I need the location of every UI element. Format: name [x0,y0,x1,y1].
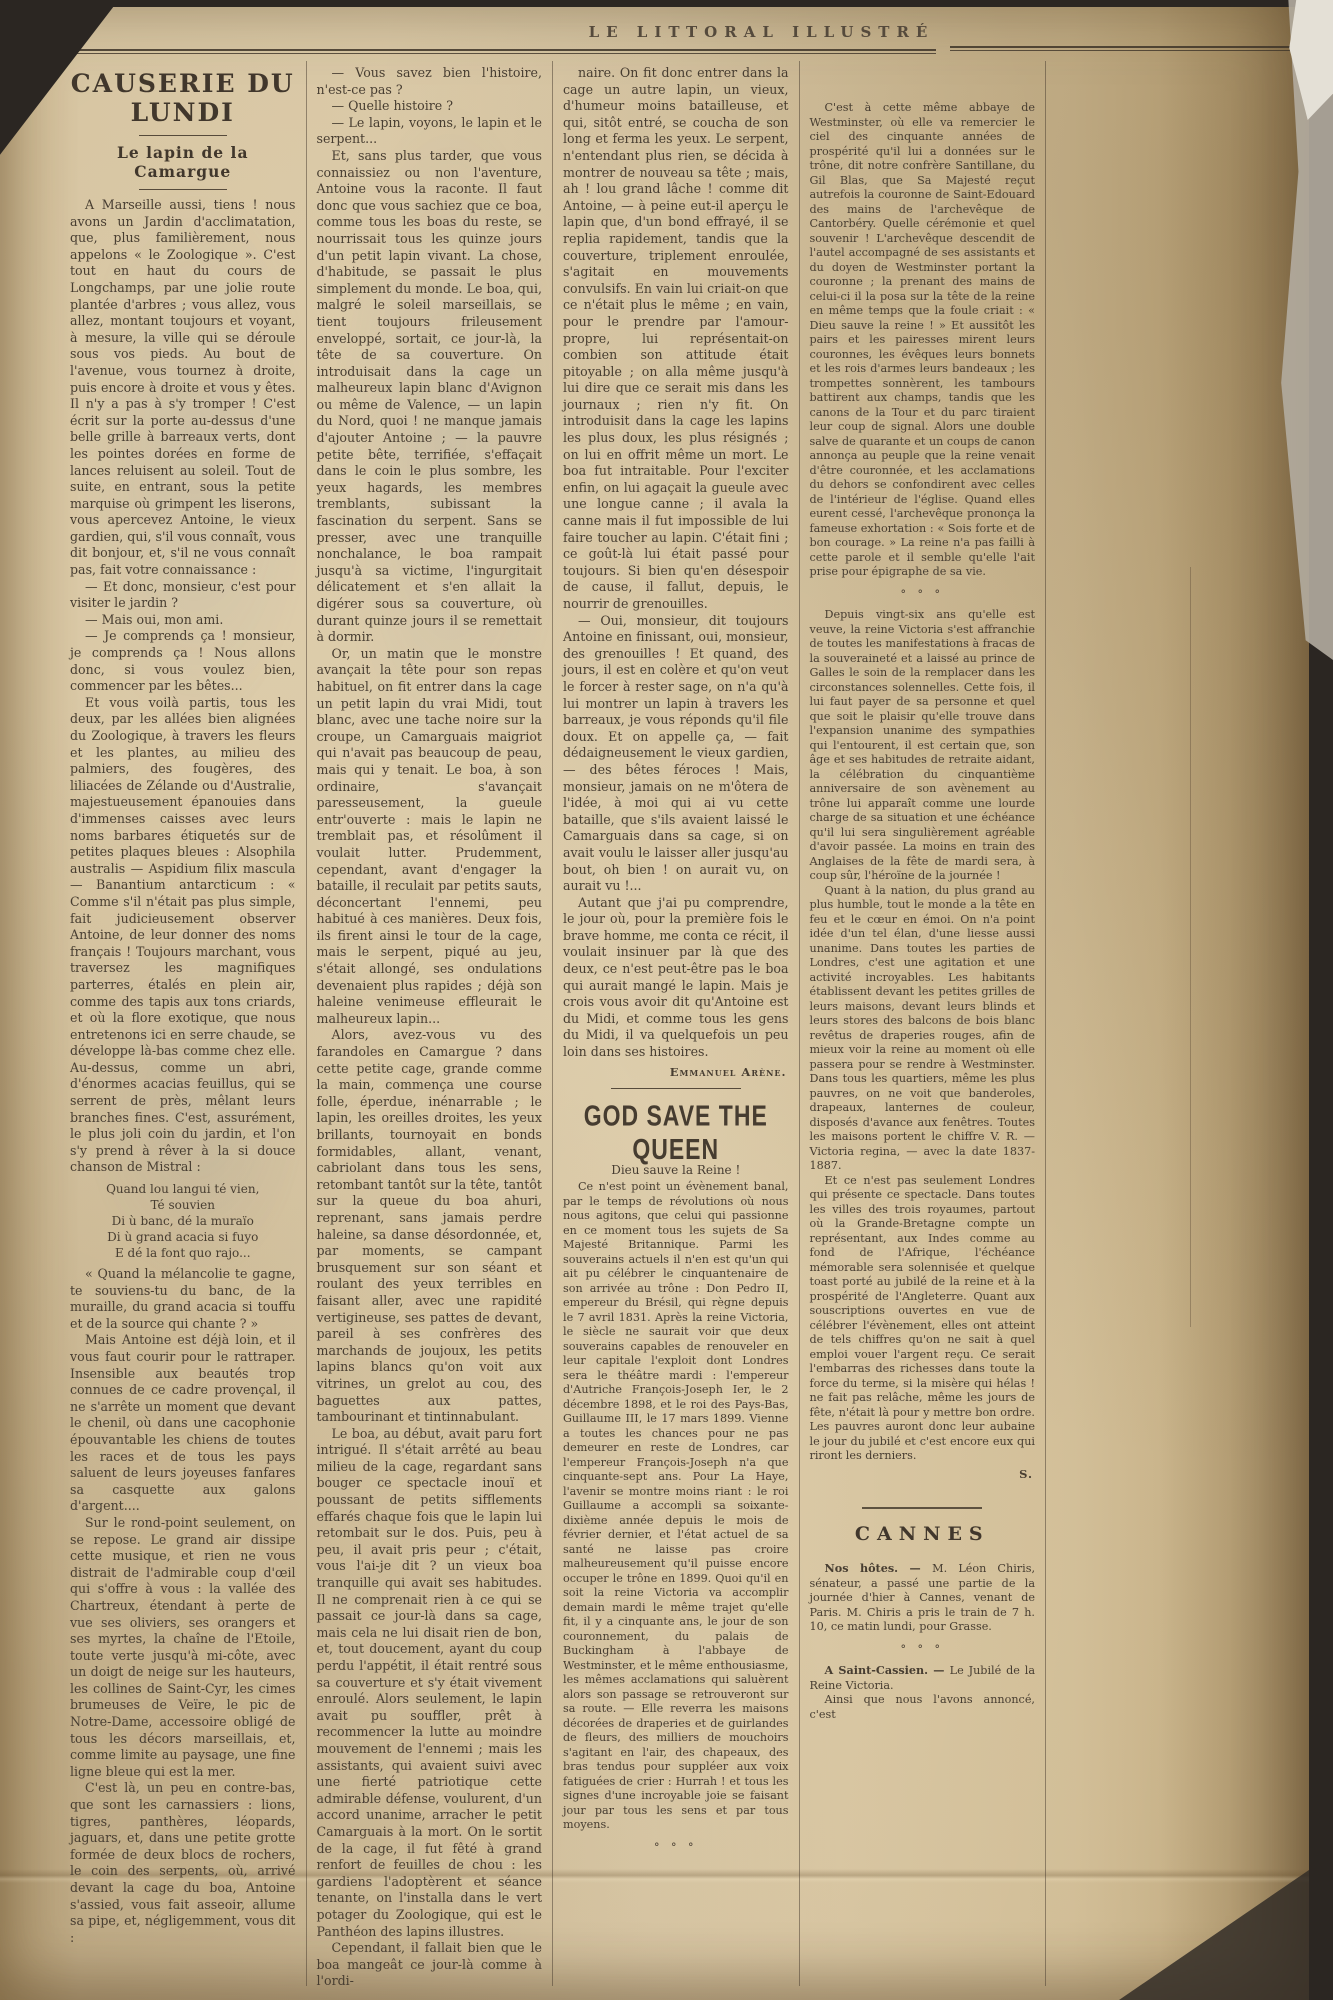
paragraph: — Je comprends ça ! monsieur, je compren… [70,628,296,694]
paragraph: « Quand la mélancolie te gagne, te souvi… [70,1266,296,1332]
paragraph: Mais Antoine est déjà loin, et il vous f… [70,1332,296,1515]
paragraph: C'est là, un peu en contre-bas, que sont… [70,1780,296,1946]
subtitle-divider [139,189,227,190]
masthead-rule-right [950,46,1308,51]
paragraph-lead: Nos hôtes. — [825,1561,933,1575]
column-1: CAUSERIE DU LUNDI Le lapin de la Camargu… [60,61,307,1986]
god-save-the-queen-title: GOD SAVE THE QUEEN [563,1099,789,1167]
paragraph: Et, sans plus tarder, que vous connaissi… [317,148,543,646]
paragraph: Emmanuel Arène. [563,1064,787,1081]
paragraph: ° ° ° [563,1841,789,1856]
paragraph-text: Et ce n'est pas seulement Londres qui pr… [810,1174,1036,1463]
paragraph-text: Mais Antoine est déjà loin, et il vous f… [70,1332,296,1513]
paragraph: ° ° ° [810,588,1036,603]
paragraph-text: Depuis vingt-six ans qu'elle est veuve, … [810,608,1036,882]
paragraph: Ainsi que nous l'avons annoncé, c'est [810,1693,1036,1722]
paragraph-text: — Et donc, monsieur, c'est pour visiter … [70,579,296,611]
god-save-the-queen-text: Ce n'est point un évènement banal, par l… [563,1180,789,1855]
paragraph: Quand lou langui té vien, Té souvien Di … [70,1181,296,1261]
paragraph-text: Or, un matin que le monstre avançait la … [317,646,543,1026]
paragraph: Et ce n'est pas seulement Londres qui pr… [810,1174,1036,1464]
paragraph: naire. On fit donc entrer dans la cage u… [563,65,789,613]
article-title: CAUSERIE DU LUNDI [70,69,296,127]
paragraph-text: ° ° ° [654,1841,698,1854]
paragraph: Alors, avez-vous vu des farandoles en Ca… [317,1027,543,1425]
paragraph-text: Ce n'est point un évènement banal, par l… [563,1180,789,1831]
paragraph-text: — Mais oui, mon ami. [85,612,223,627]
paragraph: Autant que j'ai pu comprendre, le jour o… [563,895,789,1061]
paragraph-text: ° ° ° [901,1643,945,1656]
paragraph: Or, un matin que le monstre avançait la … [317,646,543,1028]
paragraph: — Mais oui, mon ami. [70,612,296,629]
paragraph-text: — Le lapin, voyons, le lapin et le serpe… [317,115,543,147]
scanned-newspaper-photo: { "masthead": { "title": "LE LITTORAL IL… [0,0,1333,2000]
paragraph-text: Ainsi que nous l'avons annoncé, c'est [810,1693,1036,1721]
paragraph-text: Quant à la nation, du plus grand au plus… [810,884,1036,1173]
paragraph-text: Et vous voilà partis, tous les deux, par… [70,695,296,1175]
article-subtitle: Le lapin de la Camargue [70,143,296,181]
paragraph-text: Le boa, au début, avait paru fort intrig… [317,1426,543,1939]
column-2: — Vous savez bien l'histoire, n'est-ce p… [307,61,554,1986]
title-divider [139,135,227,136]
paragraph-text: Autant que j'ai pu comprendre, le jour o… [563,895,789,1059]
paragraph: ° ° ° [810,1643,1036,1658]
paragraph-text: — Je comprends ça ! monsieur, je compren… [70,628,296,693]
section-divider [611,1088,741,1089]
paragraph: Quant à la nation, du plus grand au plus… [810,884,1036,1174]
paragraph: Sur le rond-point seulement, on se repos… [70,1515,296,1781]
paragraph: Nos hôtes. — M. Léon Chiris, sénateur, a… [810,1561,1036,1635]
paragraph: A Marseille aussi, tiens ! nous avons un… [70,197,296,579]
paragraph: Cependant, il fallait bien que le boa ma… [317,1940,543,1986]
paragraph-text: — Quelle histoire ? [332,98,454,113]
paragraph: — Quelle histoire ? [317,98,543,115]
paragraph-text: ° ° ° [901,588,945,601]
paragraph-lead: A Saint-Cassien. — [825,1663,950,1677]
paragraph-text: Emmanuel Arène. [670,1065,787,1079]
paragraph-text: « Quand la mélancolie te gagne, te souvi… [70,1266,296,1331]
paragraph: S. [810,1467,1034,1482]
paragraph-text: S. [1019,1467,1033,1481]
columns-container: CAUSERIE DU LUNDI Le lapin de la Camargu… [60,61,1046,1986]
paragraph-text: A Marseille aussi, tiens ! nous avons un… [70,197,296,577]
masthead-rule-left [58,49,936,54]
westminster-text: C'est à cette même abbaye de Westminster… [810,101,1036,1481]
paragraph: — Oui, monsieur, dit toujours Antoine en… [563,613,789,895]
masthead-title: LE LITTORAL ILLUSTRÉ [95,23,1333,41]
cannes-text: Nos hôtes. — M. Léon Chiris, sénateur, a… [810,1561,1036,1722]
paragraph: C'est à cette même abbaye de Westminster… [810,101,1036,580]
paragraph-text: C'est à cette même abbaye de Westminster… [810,101,1036,578]
paragraph: Et vous voilà partis, tous les deux, par… [70,695,296,1176]
paragraph: — Le lapin, voyons, le lapin et le serpe… [317,115,543,148]
paragraph-text: naire. On fit donc entrer dans la cage u… [563,65,789,611]
paragraph-text: Cependant, il fallait bien que le boa ma… [317,1940,543,1986]
paragraph-text: — Oui, monsieur, dit toujours Antoine en… [563,613,789,894]
newspaper-page: LE LITTORAL ILLUSTRÉ CAUSERIE DU LUNDI L… [0,7,1309,2000]
paragraph: — Et donc, monsieur, c'est pour visiter … [70,579,296,612]
paragraph-text: — Vous savez bien l'histoire, n'est-ce p… [317,65,543,97]
page-curl-shadow [1159,7,1309,2000]
cannes-title: CANNES [810,1523,1036,1545]
paragraph-text: Et, sans plus tarder, que vous connaissi… [317,148,543,644]
paragraph: Depuis vingt-six ans qu'elle est veuve, … [810,608,1036,884]
paragraph-text: C'est là, un peu en contre-bas, que sont… [70,1780,296,1944]
paragraph: Ce n'est point un évènement banal, par l… [563,1180,789,1833]
paragraph-text: Quand lou langui té vien, Té souvien Di … [106,1182,259,1260]
column-1-text: A Marseille aussi, tiens ! nous avons un… [70,197,296,1946]
paragraph: A Saint-Cassien. — Le Jubilé de la Reine… [810,1663,1036,1693]
adjacent-page-edge [1190,567,1191,1327]
cannes-section-divider [862,1507,982,1509]
paragraph: — Vous savez bien l'histoire, n'est-ce p… [317,65,543,98]
paragraph: Le boa, au début, avait paru fort intrig… [317,1426,543,1940]
paragraph-text: Sur le rond-point seulement, on se repos… [70,1515,296,1779]
column-2-text: — Vous savez bien l'histoire, n'est-ce p… [317,65,543,1986]
paragraph-text: Alors, avez-vous vu des farandoles en Ca… [317,1027,543,1424]
column-3-article-end: naire. On fit donc entrer dans la cage u… [563,65,789,1080]
column-4: C'est à cette même abbaye de Westminster… [800,61,1047,1986]
column-3: naire. On fit donc entrer dans la cage u… [553,61,800,1986]
